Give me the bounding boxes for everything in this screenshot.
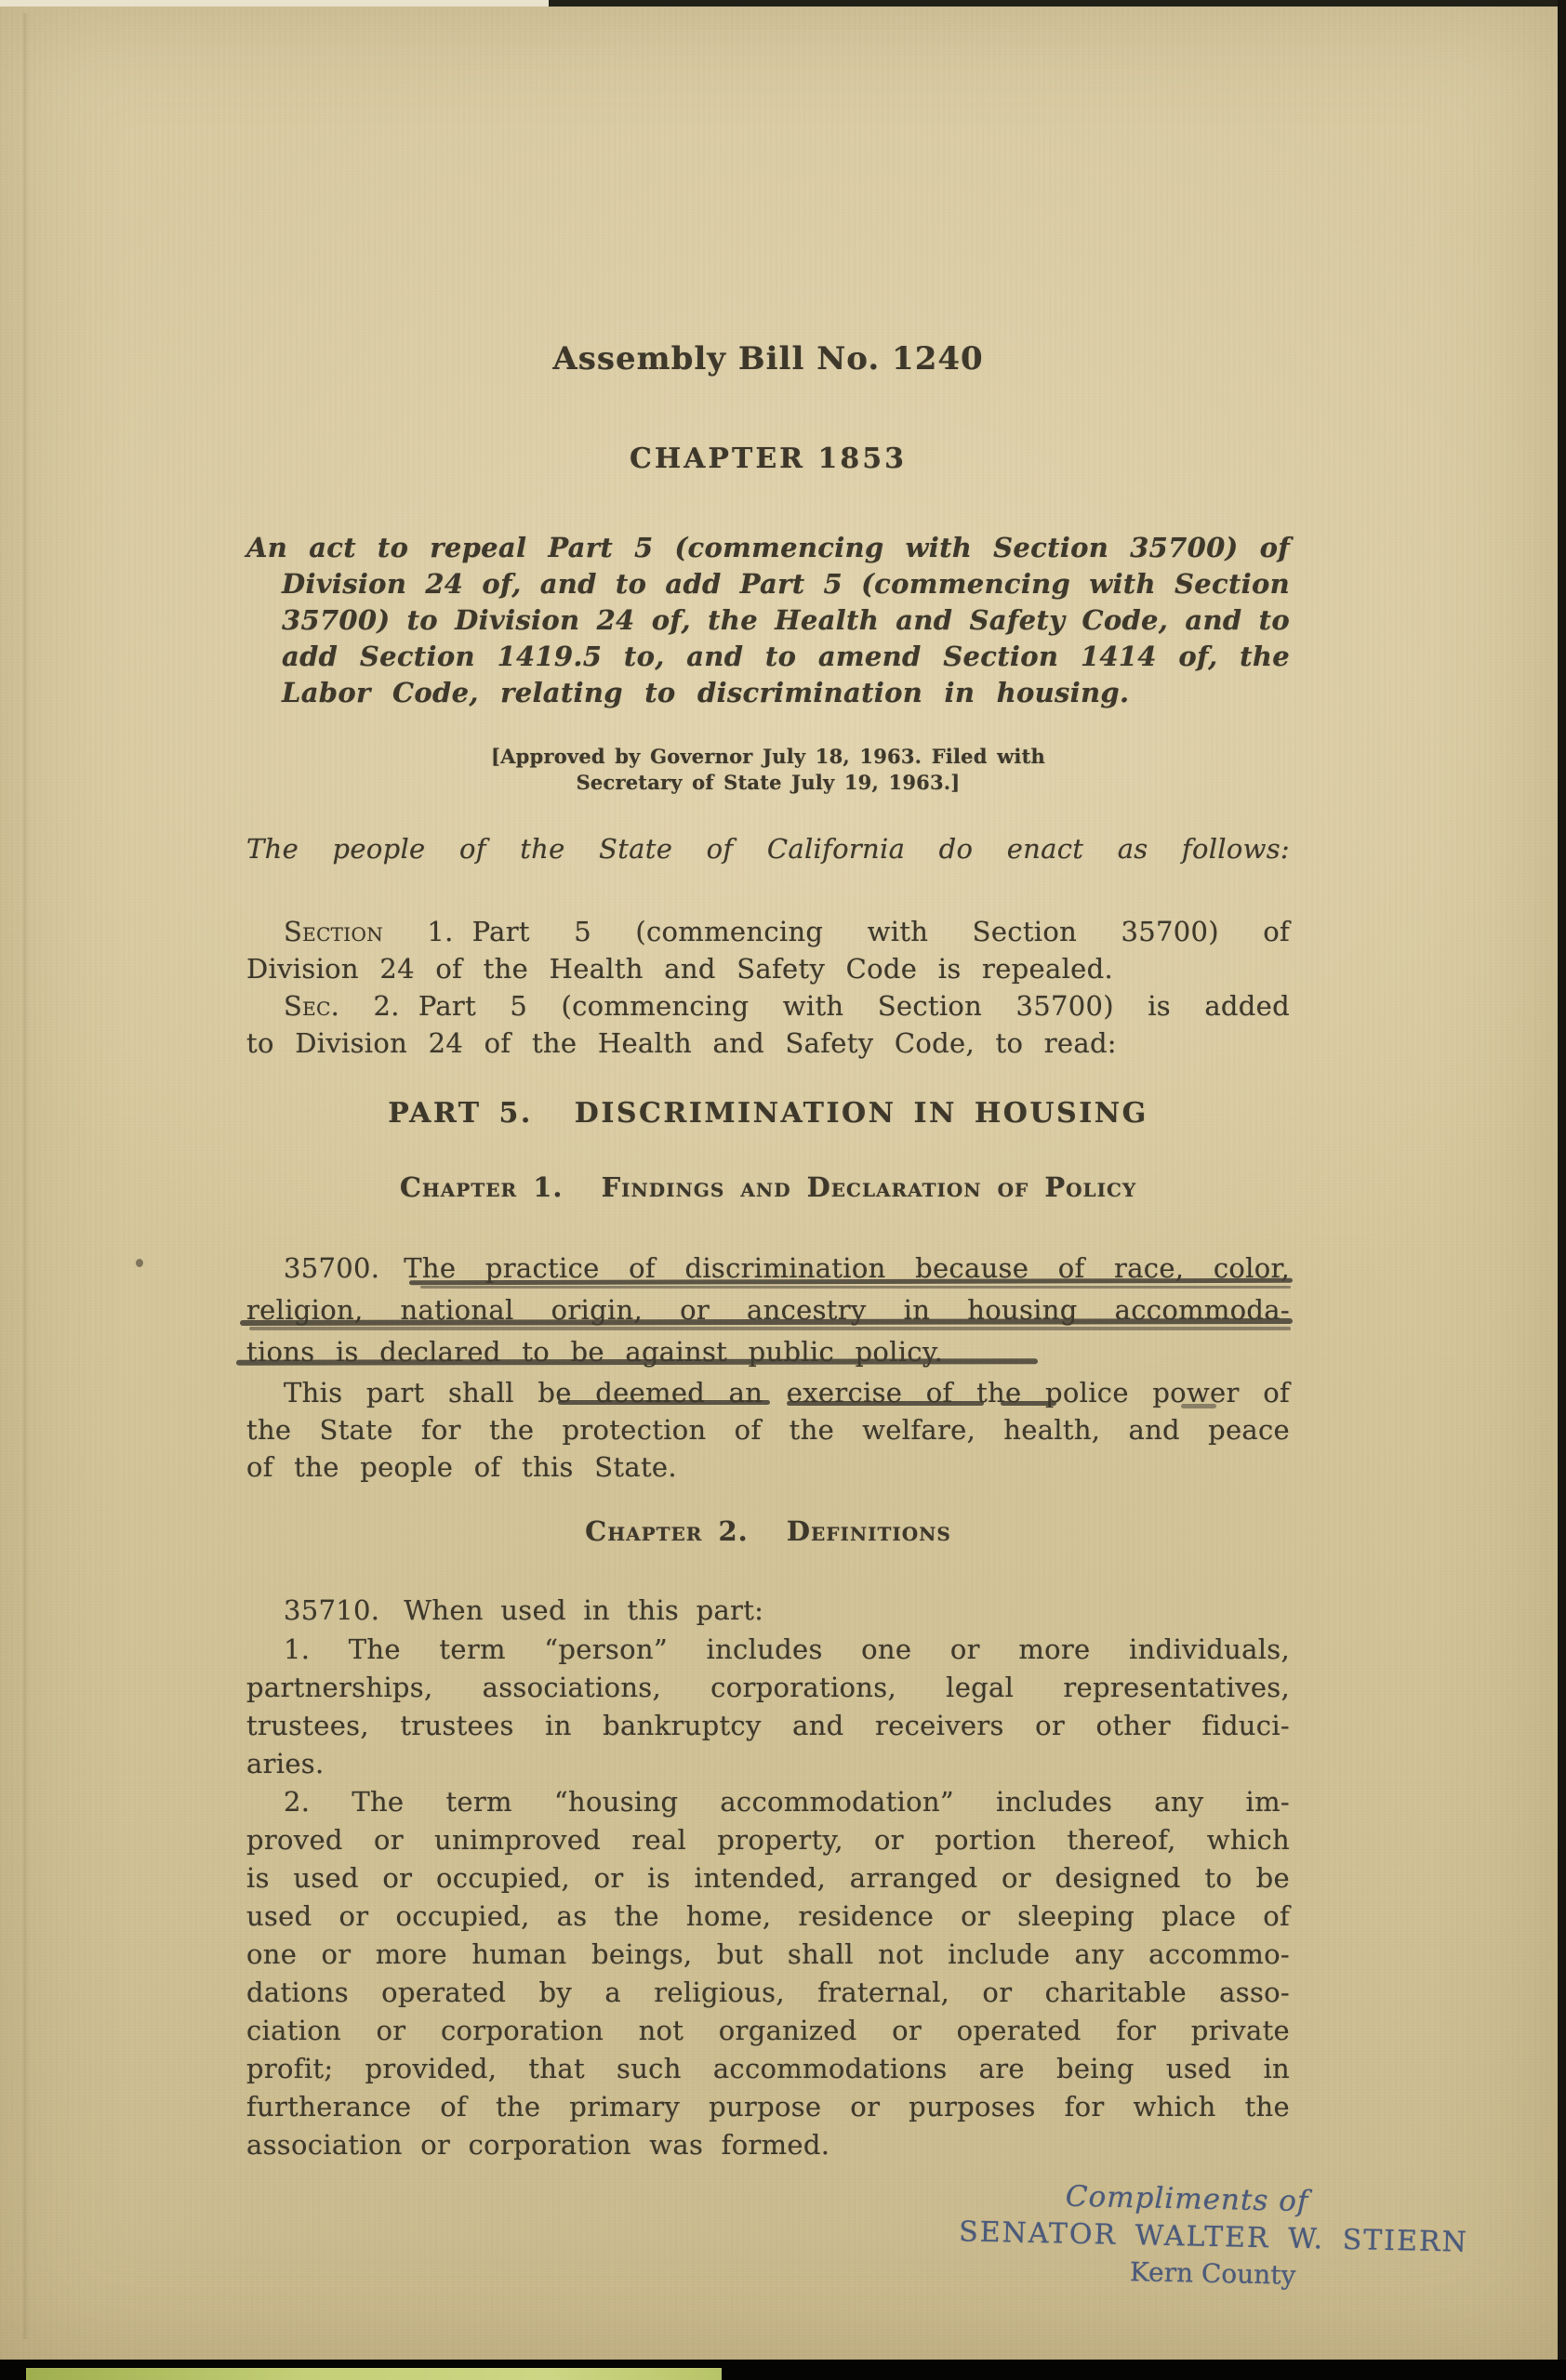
enacting-clause: The people of the State of California do… bbox=[246, 830, 1290, 867]
section-label: Section 1. bbox=[284, 916, 454, 947]
text-line: the State for the protection of the welf… bbox=[246, 1411, 1290, 1448]
text-line: 2. The term “housing accommodation” incl… bbox=[246, 1783, 1290, 1821]
compliments-stamp: Compliments of SENATOR WALTER W. STIERN … bbox=[887, 2176, 1540, 2296]
scan-edge-bottom-green-strip bbox=[26, 2368, 722, 2380]
definition-housing-accommodation-paragraph: 2. The term “housing accommodation” incl… bbox=[246, 1783, 1290, 2164]
text-line: proved or unimproved real property, or p… bbox=[246, 1821, 1290, 1859]
text-line: used or occupied, as the home, residence… bbox=[246, 1897, 1290, 1936]
text-line: partnerships, associations, corporations… bbox=[246, 1669, 1290, 1707]
approval-note: [Approved by Governor July 18, 1963. Fil… bbox=[246, 744, 1290, 796]
text-line: 1. The term “person” includes one or mor… bbox=[246, 1631, 1290, 1669]
code-section-number: 35710. bbox=[284, 1594, 379, 1626]
scan-edge-right bbox=[1558, 0, 1566, 2380]
text-line: 35700) to Division 24 of, the Health and… bbox=[246, 602, 1290, 639]
text-line: trustees, trustees in bankruptcy and rec… bbox=[246, 1707, 1290, 1745]
text-line: is used or occupied, or is intended, arr… bbox=[246, 1859, 1290, 1897]
text-line: of the people of this State. bbox=[246, 1448, 1290, 1486]
chapter-2-heading: Chapter 2. Definitions bbox=[246, 1515, 1290, 1547]
text-line: dations operated by a religious, fratern… bbox=[246, 1974, 1290, 2012]
chapter-number-heading: CHAPTER 1853 bbox=[246, 443, 1290, 475]
text-line: ciation or corporation not organized or … bbox=[246, 2012, 1290, 2050]
scanned-bill-page: Assembly Bill No. 1240 CHAPTER 1853 An a… bbox=[0, 0, 1566, 2380]
text-line: Division 24 of the Health and Safety Cod… bbox=[246, 950, 1290, 987]
police-power-paragraph: This part shall be deemed an exercise of… bbox=[246, 1374, 1290, 1486]
text-line: Secretary of State July 19, 1963.] bbox=[246, 770, 1290, 796]
act-summary-paragraph: An act to repeal Part 5 (commencing with… bbox=[246, 530, 1290, 711]
section-35700-paragraph: 35700.The practice of discrimination bec… bbox=[246, 1248, 1290, 1373]
text-line: Division 24 of, and to add Part 5 (comme… bbox=[246, 566, 1290, 602]
text-line: association or corporation was formed. bbox=[246, 2126, 1290, 2164]
text-line: furtherance of the primary purpose or pu… bbox=[246, 2088, 1290, 2126]
scan-edge-top-dark bbox=[549, 0, 1566, 7]
text-line: profit; provided, that such accommodatio… bbox=[246, 2050, 1290, 2088]
section-label: Sec. 2. bbox=[284, 990, 400, 1022]
text-line: Labor Code, relating to discrimination i… bbox=[246, 675, 1290, 711]
code-section-number: 35700. bbox=[284, 1252, 379, 1284]
text-line: tions is declared to be against public p… bbox=[246, 1331, 1290, 1373]
text-line: 35710.When used in this part: bbox=[246, 1592, 1290, 1629]
section-1-and-2-paragraphs: Section 1.Part 5 (commencing with Sectio… bbox=[246, 913, 1290, 1062]
bill-number-title: Assembly Bill No. 1240 bbox=[246, 340, 1290, 377]
text-line: Sec. 2.Part 5 (commencing with Section 3… bbox=[246, 987, 1290, 1025]
text-line: add Section 1419.5 to, and to amend Sect… bbox=[246, 639, 1290, 675]
definition-person-paragraph: 1. The term “person” includes one or mor… bbox=[246, 1631, 1290, 1783]
paper-crease bbox=[22, 13, 28, 2339]
text-line: This part shall be deemed an exercise of… bbox=[246, 1374, 1290, 1411]
text-line: An act to repeal Part 5 (commencing with… bbox=[246, 530, 1290, 566]
pen-dot-mark bbox=[136, 1259, 143, 1267]
chapter-1-heading: Chapter 1. Findings and Declaration of P… bbox=[246, 1171, 1290, 1203]
text-line: Section 1.Part 5 (commencing with Sectio… bbox=[246, 913, 1290, 950]
pen-underline bbox=[420, 1286, 1291, 1289]
text-line: aries. bbox=[246, 1745, 1290, 1783]
text-line: to Division 24 of the Health and Safety … bbox=[246, 1025, 1290, 1062]
scan-edge-top-light bbox=[0, 0, 549, 7]
text-line: [Approved by Governor July 18, 1963. Fil… bbox=[246, 744, 1290, 770]
section-35710-lead-line: 35710.When used in this part: bbox=[246, 1592, 1290, 1629]
pen-underline bbox=[249, 1327, 1291, 1330]
text-line: one or more human beings, but shall not … bbox=[246, 1936, 1290, 1974]
part-5-heading: PART 5. DISCRIMINATION IN HOUSING bbox=[246, 1097, 1290, 1130]
